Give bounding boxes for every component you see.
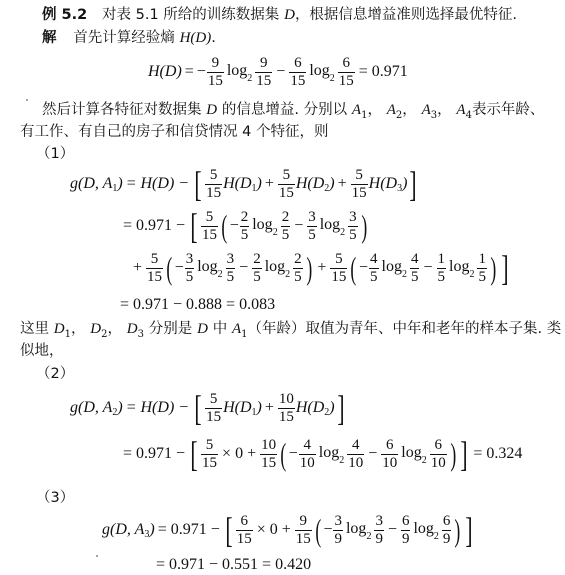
plus: + — [317, 259, 326, 277]
eq-lhs: g(D, A — [70, 399, 112, 417]
fraction: 15 — [437, 252, 447, 285]
eq-equals: = 0.971 − — [158, 521, 220, 539]
fraction: 515 — [146, 252, 163, 285]
eq-minus: − — [197, 63, 206, 81]
fraction: 915 — [207, 56, 224, 89]
eq-lhs: g(D, A — [102, 521, 144, 539]
eq-minus: − — [276, 63, 285, 81]
paren: ) — [329, 175, 334, 193]
left-bracket: [ — [194, 390, 201, 426]
var-d: D — [54, 321, 65, 337]
text: 分别是 — [149, 321, 193, 337]
eq-equals: = 0.971 − — [123, 445, 185, 463]
fraction: 515 — [278, 168, 295, 201]
equation-step1-row3: + 515 ( − 35 log2 35 − 25 log2 25 ) + 51… — [130, 250, 511, 286]
step-label-2: （2） — [36, 364, 74, 384]
fraction: 610 — [430, 438, 447, 471]
text: （年龄）取值为青年、中年和老年的样本子集. 类 — [248, 321, 562, 337]
entropy-term: H(D — [223, 399, 251, 417]
fraction: 39 — [374, 514, 384, 547]
right-bracket: ] — [410, 166, 417, 202]
eq-equals: = 0.971 − — [123, 217, 185, 235]
var-a: A — [232, 321, 241, 337]
minus: − — [294, 217, 303, 235]
equation-step1-result: = 0.971 − 0.888 = 0.083 — [120, 294, 275, 316]
var-d: D — [90, 321, 101, 337]
log-term: log2 — [382, 258, 407, 278]
solution-text: 首先计算经验熵 — [73, 30, 175, 46]
subscript: 3 — [397, 183, 402, 194]
subscript: 4 — [466, 110, 472, 121]
right-paren: ) — [490, 252, 496, 284]
paren: ) — [149, 521, 154, 539]
fraction: 25 — [252, 252, 262, 285]
right-paren: ) — [306, 252, 312, 284]
eq-equals: = — [185, 63, 194, 81]
log-term: log2 — [197, 258, 222, 278]
eq-result: = 0.971 — [359, 63, 408, 81]
var-a: A — [422, 102, 431, 118]
step-label-3: （3） — [36, 488, 74, 508]
left-bracket: [ — [225, 512, 232, 548]
period: . — [211, 30, 216, 46]
var-a: A — [352, 102, 361, 118]
minus: − — [175, 259, 184, 277]
fraction: 35 — [307, 210, 317, 243]
equation-step1-row2: = 0.971 − [ 515 ( − 25 log2 25 − 35 log2… — [120, 208, 369, 244]
left-paren: ( — [351, 252, 357, 284]
left-bracket: [ — [190, 208, 197, 244]
plus: + — [338, 175, 347, 193]
fraction: 15 — [477, 252, 487, 285]
fraction: 410 — [299, 438, 316, 471]
equation-step1-row1: g(D, A1) = H(D) − [ 515 H(D1) + 515 H(D2… — [70, 166, 419, 202]
fraction: 410 — [347, 438, 364, 471]
log-term: log2 — [320, 216, 345, 236]
fraction: 515 — [201, 210, 218, 243]
scan-speck — [26, 99, 28, 101]
right-bracket: ] — [461, 436, 468, 472]
var-d: D — [127, 321, 138, 337]
subscript: 1 — [361, 110, 367, 121]
left-paren: ( — [221, 210, 227, 242]
fraction: 25 — [293, 252, 303, 285]
example-text-b: ，根据信息增益准则选择最优特征. — [295, 7, 517, 23]
equation-entropy: H(D) = − 915 log2 915 − 615 log2 615 = 0… — [148, 54, 408, 90]
sep: ， — [108, 321, 123, 337]
subscript: 1 — [112, 183, 117, 194]
subscript: 2 — [324, 407, 329, 418]
scan-speck — [96, 555, 98, 557]
times-zero: × 0 + — [222, 445, 256, 463]
solution-label: 解 — [42, 30, 57, 46]
log-term: log2 — [346, 520, 371, 540]
right-bracket: ] — [337, 390, 344, 426]
subscript: 1 — [241, 329, 247, 340]
paren: ) — [257, 399, 262, 417]
eq-equals: = H(D) − — [126, 399, 189, 417]
left-paren: ( — [166, 252, 172, 284]
subscript: 1 — [252, 183, 257, 194]
fraction: 1015 — [260, 438, 277, 471]
equation-step3-row1: g(D, A3) = 0.971 − [ 615 × 0 + 915 ( − 3… — [102, 512, 475, 548]
minus: − — [388, 521, 397, 539]
log-term: log2 — [449, 258, 474, 278]
eq-lhs: H(D) — [148, 63, 182, 81]
fraction: 69 — [442, 514, 452, 547]
left-bracket: [ — [190, 436, 197, 472]
fraction: 515 — [205, 168, 222, 201]
log-term: log2 — [401, 444, 426, 464]
fraction: 610 — [381, 438, 398, 471]
fraction: 915 — [295, 514, 312, 547]
fraction: 35 — [226, 252, 236, 285]
text: 这里 — [20, 321, 49, 337]
eq-equals: = H(D) − — [126, 175, 189, 193]
fraction: 1015 — [278, 392, 295, 425]
entropy-term: H(D — [223, 175, 251, 193]
sep: ， — [71, 321, 86, 337]
entropy-term: H(D — [369, 175, 397, 193]
fraction: 39 — [333, 514, 343, 547]
subsets-paragraph-line1: 这里 D1， D2， D3 分别是 D 中 A1（年龄）取值为青年、中年和老年的… — [20, 318, 561, 341]
var-d: D — [284, 7, 295, 23]
text: 的信息增益. 分别以 — [222, 102, 347, 118]
paren: ) — [257, 175, 262, 193]
text: 中 — [213, 321, 228, 337]
log-term: log2 — [227, 62, 252, 82]
var-a: A — [387, 102, 396, 118]
minus: − — [368, 445, 377, 463]
text: 表示年龄、 — [472, 102, 545, 118]
subscript: 1 — [252, 407, 257, 418]
entropy-term: H(D — [296, 175, 324, 193]
plus: + — [265, 175, 274, 193]
plus: + — [265, 399, 274, 417]
entropy-term: H(D — [296, 399, 324, 417]
log-term: log2 — [309, 62, 334, 82]
subscript: 1 — [65, 329, 71, 340]
right-paren: ) — [455, 514, 461, 546]
right-paren: ) — [450, 438, 456, 470]
subscript: 2 — [112, 407, 117, 418]
log-term: log2 — [413, 520, 438, 540]
right-bracket: ] — [465, 512, 472, 548]
example-statement: 例 5.2 对表 5.1 所给的训练数据集 D，根据信息增益准则选择最优特征. — [42, 4, 517, 25]
paren: ) — [402, 175, 407, 193]
minus: − — [239, 259, 248, 277]
fraction: 515 — [201, 438, 218, 471]
left-paren: ( — [315, 514, 321, 546]
fraction: 35 — [185, 252, 195, 285]
textbook-page: 例 5.2 对表 5.1 所给的训练数据集 D，根据信息增益准则选择最优特征. … — [0, 0, 565, 575]
sep: ， — [402, 102, 417, 118]
fraction: 515 — [205, 392, 222, 425]
example-text-a: 对表 5.1 所给的训练数据集 — [102, 7, 279, 23]
equation-step3-result: = 0.971 − 0.551 = 0.420 — [156, 554, 311, 575]
text: 然后计算各特征对数据集 — [42, 102, 202, 118]
fraction: 25 — [281, 210, 291, 243]
log-term: log2 — [265, 258, 290, 278]
subscript: 2 — [101, 329, 107, 340]
equation-step2-row1: g(D, A2) = H(D) − [ 515 H(D1) + 1015 H(D… — [70, 390, 347, 426]
log-term: log2 — [252, 216, 277, 236]
paren: ) — [329, 399, 334, 417]
left-bracket: [ — [194, 166, 201, 202]
solution-expr: H(D) — [180, 30, 212, 46]
var-d: D — [206, 102, 217, 118]
fraction: 69 — [401, 514, 411, 547]
fraction: 515 — [351, 168, 368, 201]
left-paren: ( — [280, 438, 286, 470]
fraction: 615 — [289, 56, 306, 89]
fraction: 45 — [369, 252, 379, 285]
subscript: 2 — [324, 183, 329, 194]
eq-lhs: g(D, A — [70, 175, 112, 193]
fraction: 25 — [240, 210, 250, 243]
minus: − — [230, 217, 239, 235]
fraction: 35 — [348, 210, 358, 243]
subsets-paragraph-line2: 似地， — [20, 341, 64, 361]
step-label-1: （1） — [36, 144, 74, 164]
subscript: 3 — [138, 329, 144, 340]
example-label: 例 5.2 — [42, 7, 87, 23]
var-a: A — [456, 102, 465, 118]
fraction: 615 — [236, 514, 253, 547]
features-paragraph-line2: 有工作、有自己的房子和信贷情况 4 个特征，则 — [20, 122, 328, 142]
minus: − — [289, 445, 298, 463]
var-d: D — [197, 321, 208, 337]
paren: ) — [117, 399, 122, 417]
fraction: 615 — [338, 56, 355, 89]
paren: ) — [117, 175, 122, 193]
solution-intro: 解 首先计算经验熵 H(D). — [42, 27, 216, 48]
fraction: 915 — [255, 56, 272, 89]
log-term: log2 — [319, 444, 344, 464]
fraction: 515 — [330, 252, 347, 285]
features-paragraph-line1: 然后计算各特征对数据集 D 的信息增益. 分别以 A1， A2， A3， A4表… — [42, 99, 544, 122]
subscript: 2 — [396, 110, 402, 121]
plus: + — [133, 259, 142, 277]
subscript: 3 — [431, 110, 437, 121]
right-paren: ) — [361, 210, 367, 242]
right-bracket: ] — [501, 250, 508, 286]
subscript: 3 — [144, 529, 149, 540]
times-zero: × 0 + — [257, 521, 291, 539]
eq-result: = 0.324 — [473, 445, 522, 463]
sep: ， — [367, 102, 382, 118]
fraction: 45 — [410, 252, 420, 285]
minus: − — [323, 521, 332, 539]
sep: ， — [437, 102, 452, 118]
minus: − — [423, 259, 432, 277]
equation-step2-row2: = 0.971 − [ 515 × 0 + 1015 ( − 410 log2 … — [120, 436, 525, 472]
minus: − — [359, 259, 368, 277]
